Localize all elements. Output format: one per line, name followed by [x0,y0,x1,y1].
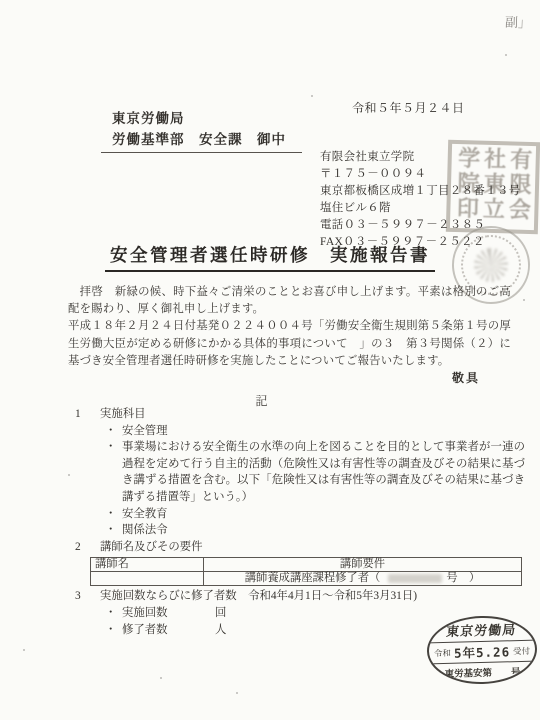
greeting-paragraph-1: 拝啓 新緑の候、時下益々ご清栄のこととお喜び申し上げます。平素は格別のご高配を賜… [68,284,511,318]
list-item: ・ 関係法令 [105,522,525,539]
recipient-line2: 労働基準部 安全課 御中 [101,129,302,153]
section-3-heading: 3 実施回数ならびに修了者数 令和4年4月1日～令和5年3月31日) [75,588,525,605]
closing-word: 敬具 [452,369,480,386]
bullet-glyph: ・ [105,439,122,505]
completers-count-label: 修了者数 [122,622,215,639]
instructor-requirement-header: 講師要件 [204,558,522,572]
report-sections: 1 実施科目 ・ 安全管理 ・ 事業場における安全衛生の水準の向上を図ることを目… [75,406,525,638]
subject-voluntary-activity: 事業場における安全衛生の水準の向上を図ることを目的として事業者が一連の過程を定め… [122,439,525,505]
sessions-count-label: 実施回数 [122,605,215,622]
subject-safety-education: 安全教育 [122,506,525,523]
section-3-title: 実施回数ならびに修了者数 令和4年4月1日～令和5年3月31日) [100,588,417,605]
section-1-heading: 1 実施科目 [75,406,525,423]
section-1-number: 1 [75,406,100,423]
reception-stamp-date-row: 令和 5年5.26 受付 [429,640,536,665]
scan-speck [236,692,238,694]
scanned-report-page: 有限会社東立学院印 副」 令和５年５月２４日 東京労働局 労働基準部 安全課 御… [0,0,540,720]
scan-speck [68,474,70,476]
section-2-title: 講師名及びその要件 [100,539,203,556]
section-1-title: 実施科目 [100,406,146,423]
scan-speck [23,649,25,651]
list-item: ・ 事業場における安全衛生の水準の向上を図ることを目的として事業者が一連の過程を… [105,439,525,505]
recipient-block: 東京労働局 労働基準部 安全課 御中 [112,108,302,153]
reception-stamp-org: 東京労働局 [428,617,536,641]
list-item: ・ 安全教育 [105,506,525,523]
scan-speck [311,95,313,97]
bullet-glyph: ・ [105,605,122,622]
list-item: ・ 安全管理 [105,423,525,440]
reception-stamp-date: 5年5.26 [454,642,511,661]
reception-stamp: 東京労働局 令和 5年5.26 受付 東労基安第 号 [426,615,538,686]
sessions-count-unit: 回 [215,605,226,622]
redacted-certificate-number [388,574,442,583]
reception-stamp-ref-suffix: 号 [511,664,521,678]
requirement-prefix: 講師養成講座課程修了者（ [245,572,381,584]
bullet-glyph: ・ [105,622,122,639]
instructor-name-cell [91,572,204,586]
reception-stamp-ref-row: 東労基安第 号 [429,662,535,682]
reception-stamp-received: 受付 [513,645,530,657]
instructor-name-header: 講師名 [91,558,204,572]
corner-annotation: 副」 [505,12,532,32]
table-value-row: 講師養成講座課程修了者（号 ） [91,572,522,586]
recipient-line1: 東京労働局 [112,108,302,129]
scan-speck [523,299,525,301]
sender-company: 有限会社東立学院 [320,149,521,166]
table-header-row: 講師名 講師要件 [91,558,522,572]
sender-block: 有限会社東立学院 〒１７５－００９４ 東京都板橋区成増１丁目２８番１３号 塩住ビ… [320,149,521,251]
sender-building: 塩住ビル６階 [320,200,521,217]
scan-speck [505,54,507,56]
section-2-number: 2 [75,539,100,556]
sender-tel: 電話０３－５９９７－２３８５ [320,217,521,234]
bullet-glyph: ・ [105,522,122,539]
section-2-heading: 2 講師名及びその要件 [75,539,525,556]
sender-address: 東京都板橋区成増１丁目２８番１３号 [320,183,521,200]
document-title: 安全管理者選任時研修 実施報告書 [105,242,435,272]
completers-count-unit: 人 [215,622,226,639]
instructor-requirement-cell: 講師養成講座課程修了者（号 ） [204,572,522,586]
greeting-body: 拝啓 新緑の候、時下益々ご清栄のこととお喜び申し上げます。平素は格別のご高配を賜… [68,284,511,370]
bullet-glyph: ・ [105,506,122,523]
subject-safety-management: 安全管理 [122,423,525,440]
subject-related-laws: 関係法令 [122,522,525,539]
requirement-suffix: 号 ） [446,572,480,584]
bullet-glyph: ・ [105,423,122,440]
scan-speck [160,677,162,679]
sender-postal: 〒１７５－００９４ [320,166,521,183]
document-date: 令和５年５月２４日 [352,99,465,116]
instructor-table: 講師名 講師要件 講師養成講座課程修了者（号 ） [90,557,522,586]
reception-stamp-era: 令和 [434,647,451,659]
section-3-number: 3 [75,588,100,605]
reception-stamp-ref-prefix: 東労基安第 [444,664,492,679]
greeting-paragraph-2: 平成１８年２月２４日付基発０２２４００４号「労働安全衛生規則第５条第１号の厚生労… [68,318,511,370]
